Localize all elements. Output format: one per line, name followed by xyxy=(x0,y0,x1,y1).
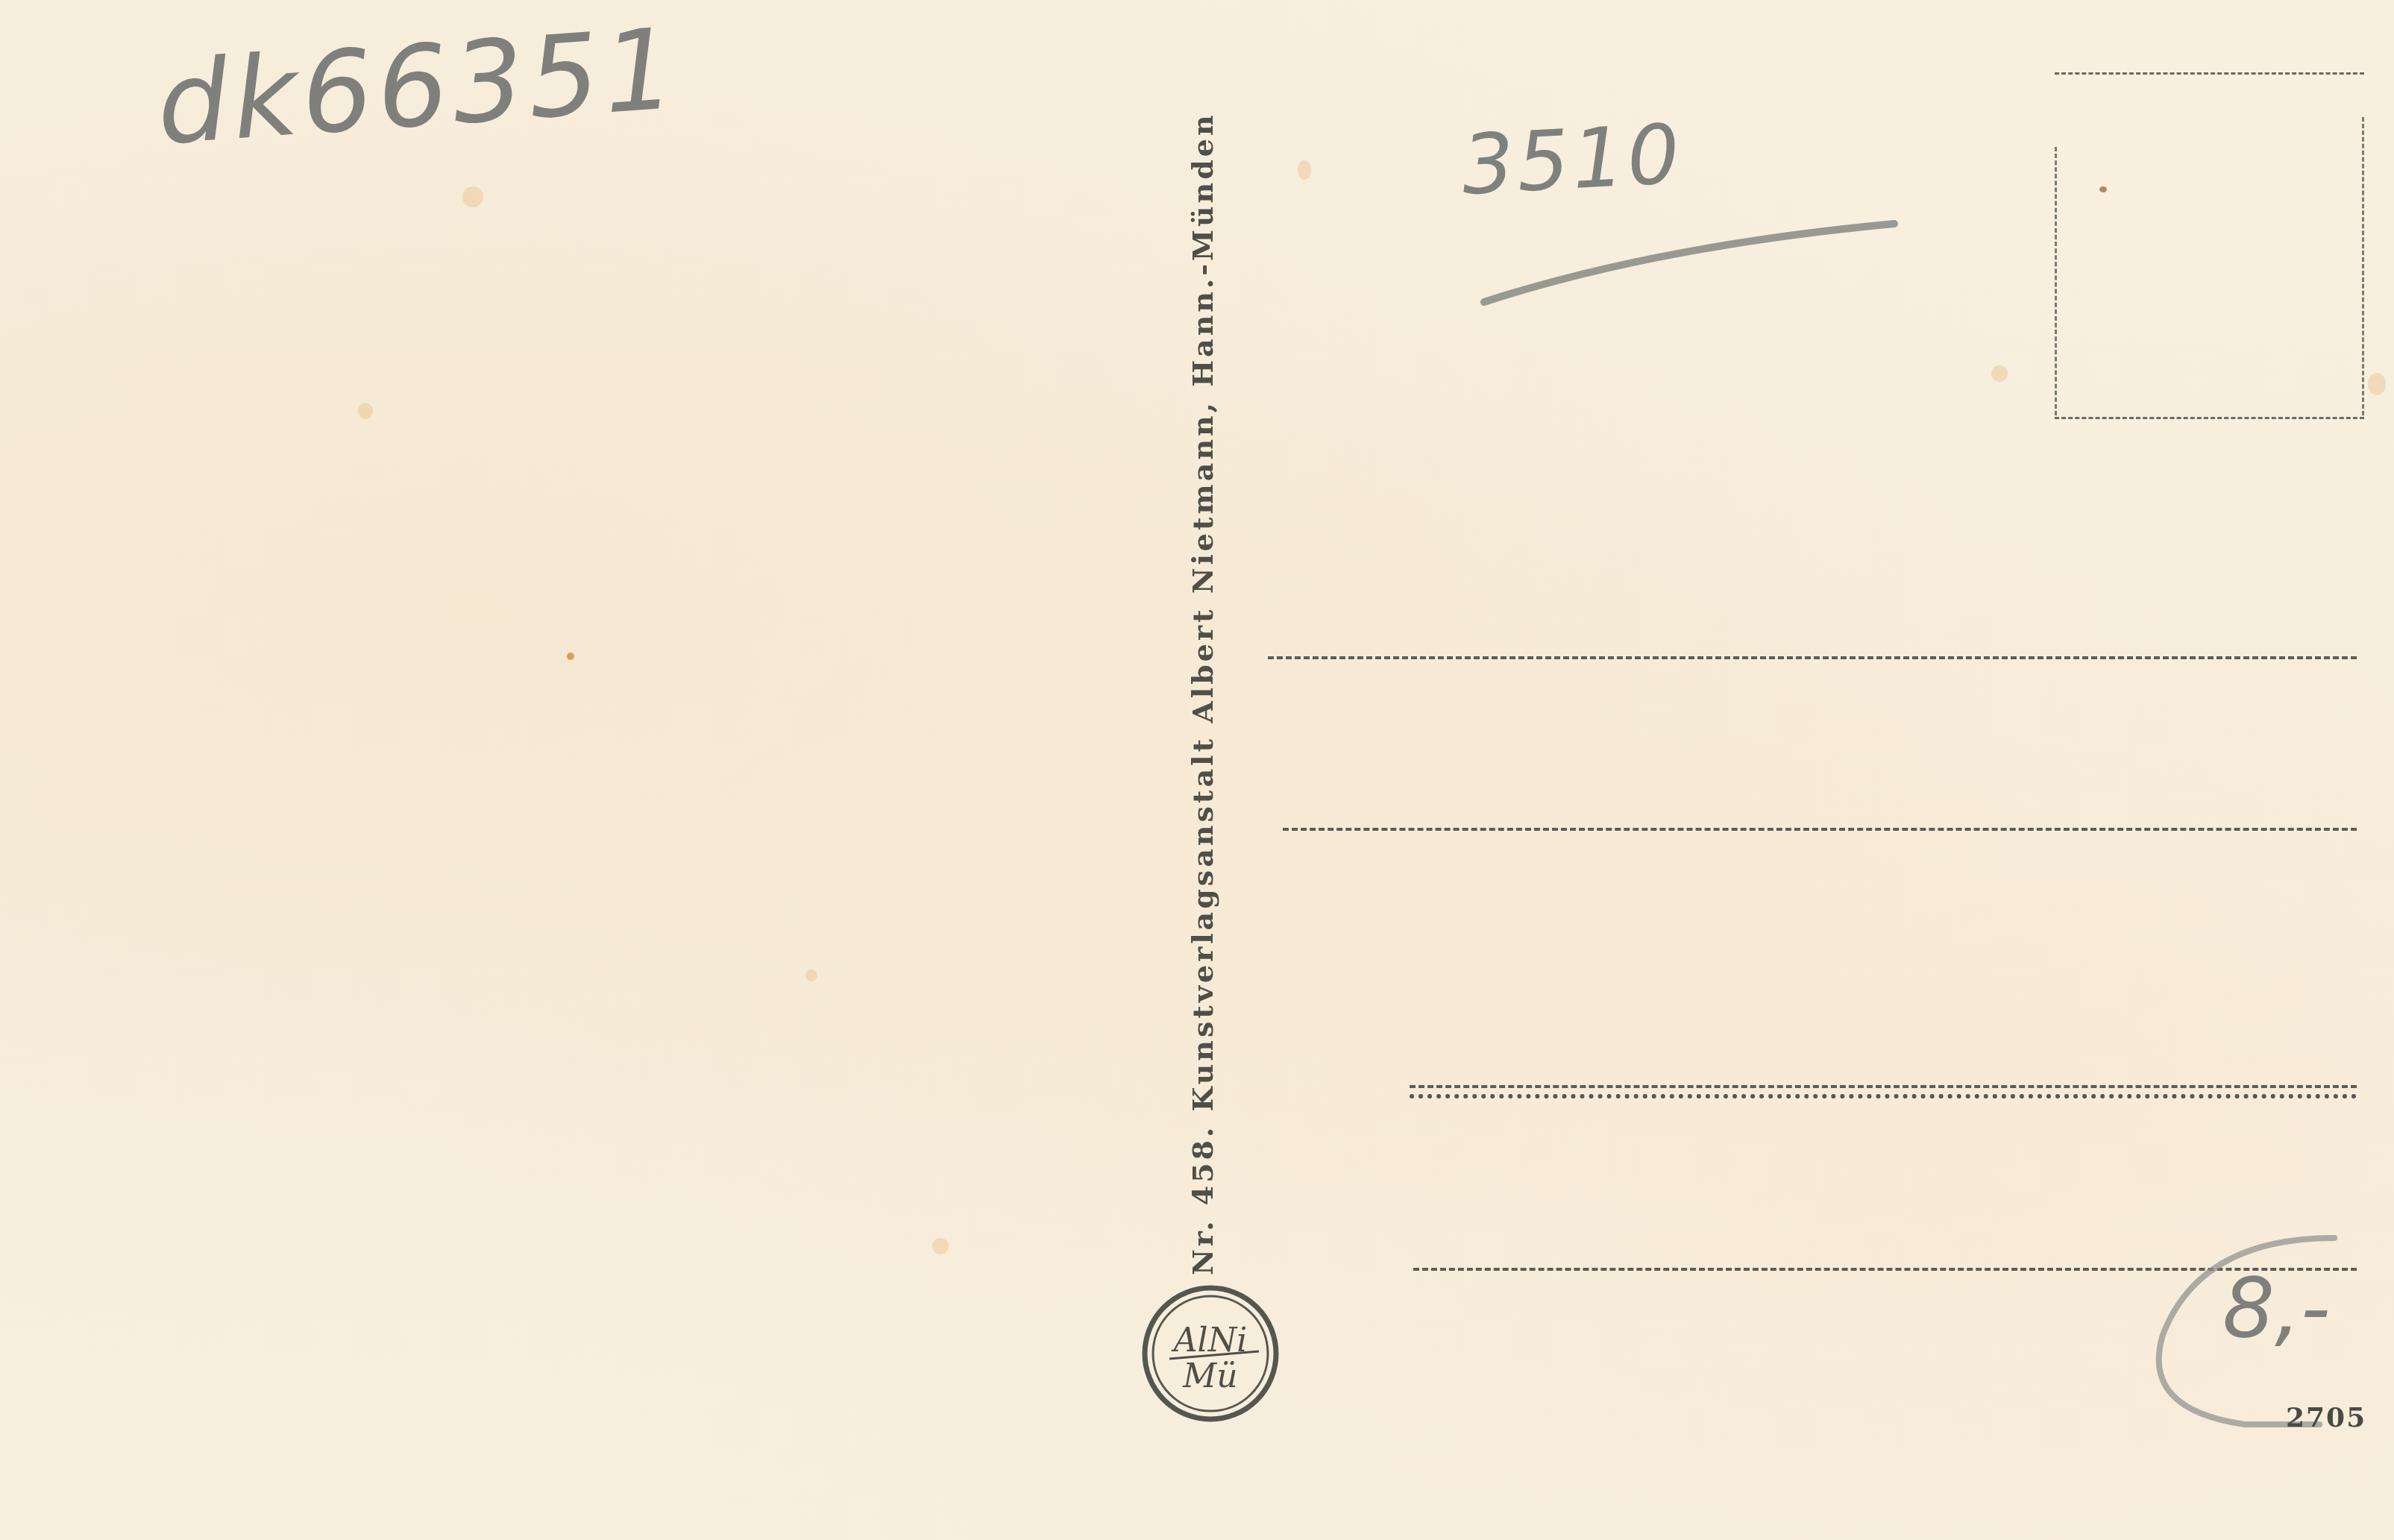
pencil-underline xyxy=(1477,216,1924,313)
postcard-back: dk66351 3510 Nr. 458. Kunstverlagsanstal… xyxy=(0,0,2394,1540)
publisher-logo: AlNi Mü xyxy=(1140,1283,1281,1424)
foxing-spot xyxy=(2368,373,2386,395)
foxing-spot xyxy=(2099,186,2107,192)
address-line-1 xyxy=(1268,656,2357,659)
foxing-spot xyxy=(462,186,483,207)
foxing-spot xyxy=(358,403,373,419)
address-line-2 xyxy=(1283,828,2357,831)
inventory-number-handwritten: dk66351 xyxy=(153,4,684,170)
publisher-imprint: Nr. 458. Kunstverlagsanstalt Albert Niet… xyxy=(1186,112,1219,1275)
foxing-spot xyxy=(567,653,574,660)
foxing-spot xyxy=(1991,365,2008,382)
logo-monogram-bottom: Mü xyxy=(1182,1357,1237,1395)
address-line-3 xyxy=(1410,1085,2357,1088)
price-mark-handwritten: 8,- xyxy=(2222,1260,2331,1356)
series-number: 2705 xyxy=(2286,1402,2366,1433)
reference-number-handwritten: 3510 xyxy=(1460,106,1685,213)
foxing-spot xyxy=(805,969,817,981)
foxing-spot xyxy=(932,1238,949,1254)
stamp-box xyxy=(2055,72,2364,419)
foxing-spot xyxy=(1298,160,1311,180)
